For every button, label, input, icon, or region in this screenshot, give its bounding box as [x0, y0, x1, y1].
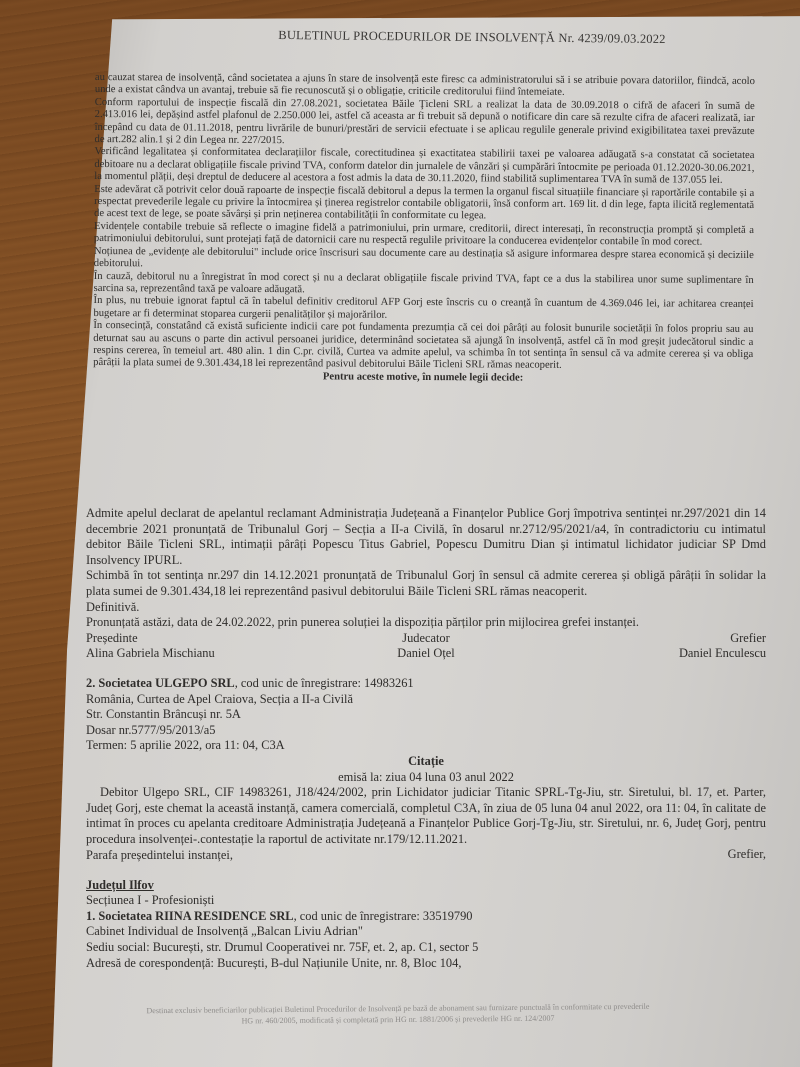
entry-line: Str. Constantin Brâncuși nr. 5A	[86, 707, 766, 723]
decision-paragraph: Definitivă.	[86, 600, 766, 616]
paragraph: În consecință, constatând că există sufi…	[93, 320, 753, 374]
signature-name: Alina Gabriela Mischianu	[86, 646, 313, 662]
decision-paragraph: Schimbă în tot sentința nr.297 din 14.12…	[86, 568, 766, 599]
paragraph: Este adevărat că potrivit celor două rap…	[94, 184, 754, 225]
decision-and-entries: Admite apelul declarat de apelantul recl…	[86, 506, 766, 971]
registration-code: , cod unic de înregistrare: 14983261	[235, 676, 414, 690]
entry-line: Sediu social: București, str. Drumul Coo…	[86, 940, 766, 956]
signature-role: Judecator	[313, 631, 540, 647]
signature-roles: Președinte Judecator Grefier	[86, 631, 766, 647]
registration-code: , cod unic de înregistrare: 33519790	[294, 909, 473, 923]
section-heading: Secțiunea I - Profesioniști	[86, 893, 766, 909]
signature-name: Daniel Enculescu	[539, 646, 766, 662]
entry-line: Cabinet Individual de Insolvență „Balcan…	[86, 924, 766, 940]
signature-role: Grefier	[539, 631, 766, 647]
entry-line: România, Curtea de Apel Craiova, Secția …	[86, 692, 766, 708]
citatie-title: Citație	[86, 754, 766, 770]
citatie-body: Debitor Ulgepo SRL, CIF 14983261, J18/42…	[86, 785, 766, 847]
company-name: 1. Societatea RIINA RESIDENCE SRL	[86, 909, 294, 923]
paragraph: au cauzat starea de insolvență, când soc…	[95, 72, 755, 101]
decision-paragraph: Admite apelul declarat de apelantul recl…	[86, 506, 766, 568]
signature-names: Alina Gabriela Mischianu Daniel Oțel Dan…	[86, 646, 766, 662]
entry-line: Dosar nr.5777/95/2013/a5	[86, 723, 766, 739]
county-heading: Județul Ilfov	[86, 878, 766, 894]
entry-title: 1. Societatea RIINA RESIDENCE SRL, cod u…	[86, 909, 766, 925]
entry-line: Adresă de corespondență: București, B-du…	[86, 956, 766, 972]
citatie-issued: emisă la: ziua 04 luna 03 anul 2022	[86, 770, 766, 786]
document-page: BULETINUL PROCEDURILOR DE INSOLVENȚĂ Nr.…	[72, 30, 772, 55]
paragraph: Verificând legalitatea și conformitatea …	[94, 146, 754, 187]
decision-paragraph: Pronunțată astăzi, data de 24.02.2022, p…	[86, 615, 766, 631]
entry-line: Termen: 5 aprilie 2022, ora 11: 04, C3A	[86, 738, 766, 754]
company-name: 2. Societatea ULGEPO SRL	[86, 676, 235, 690]
entry-title: 2. Societatea ULGEPO SRL, cod unic de în…	[86, 676, 766, 692]
court-reasoning-section: au cauzat starea de insolvență, când soc…	[93, 72, 755, 386]
paragraph: Evidențele contabile trebuie să reflecte…	[94, 221, 754, 250]
signature-role: Președinte	[86, 631, 313, 647]
signature-name: Daniel Oțel	[313, 646, 540, 662]
paragraph: Conform raportului de inspecție fiscală …	[94, 97, 754, 151]
bulletin-header: BULETINUL PROCEDURILOR DE INSOLVENȚĂ Nr.…	[172, 27, 772, 48]
parafa-label: Parafa președintelui instanței,	[86, 848, 766, 864]
